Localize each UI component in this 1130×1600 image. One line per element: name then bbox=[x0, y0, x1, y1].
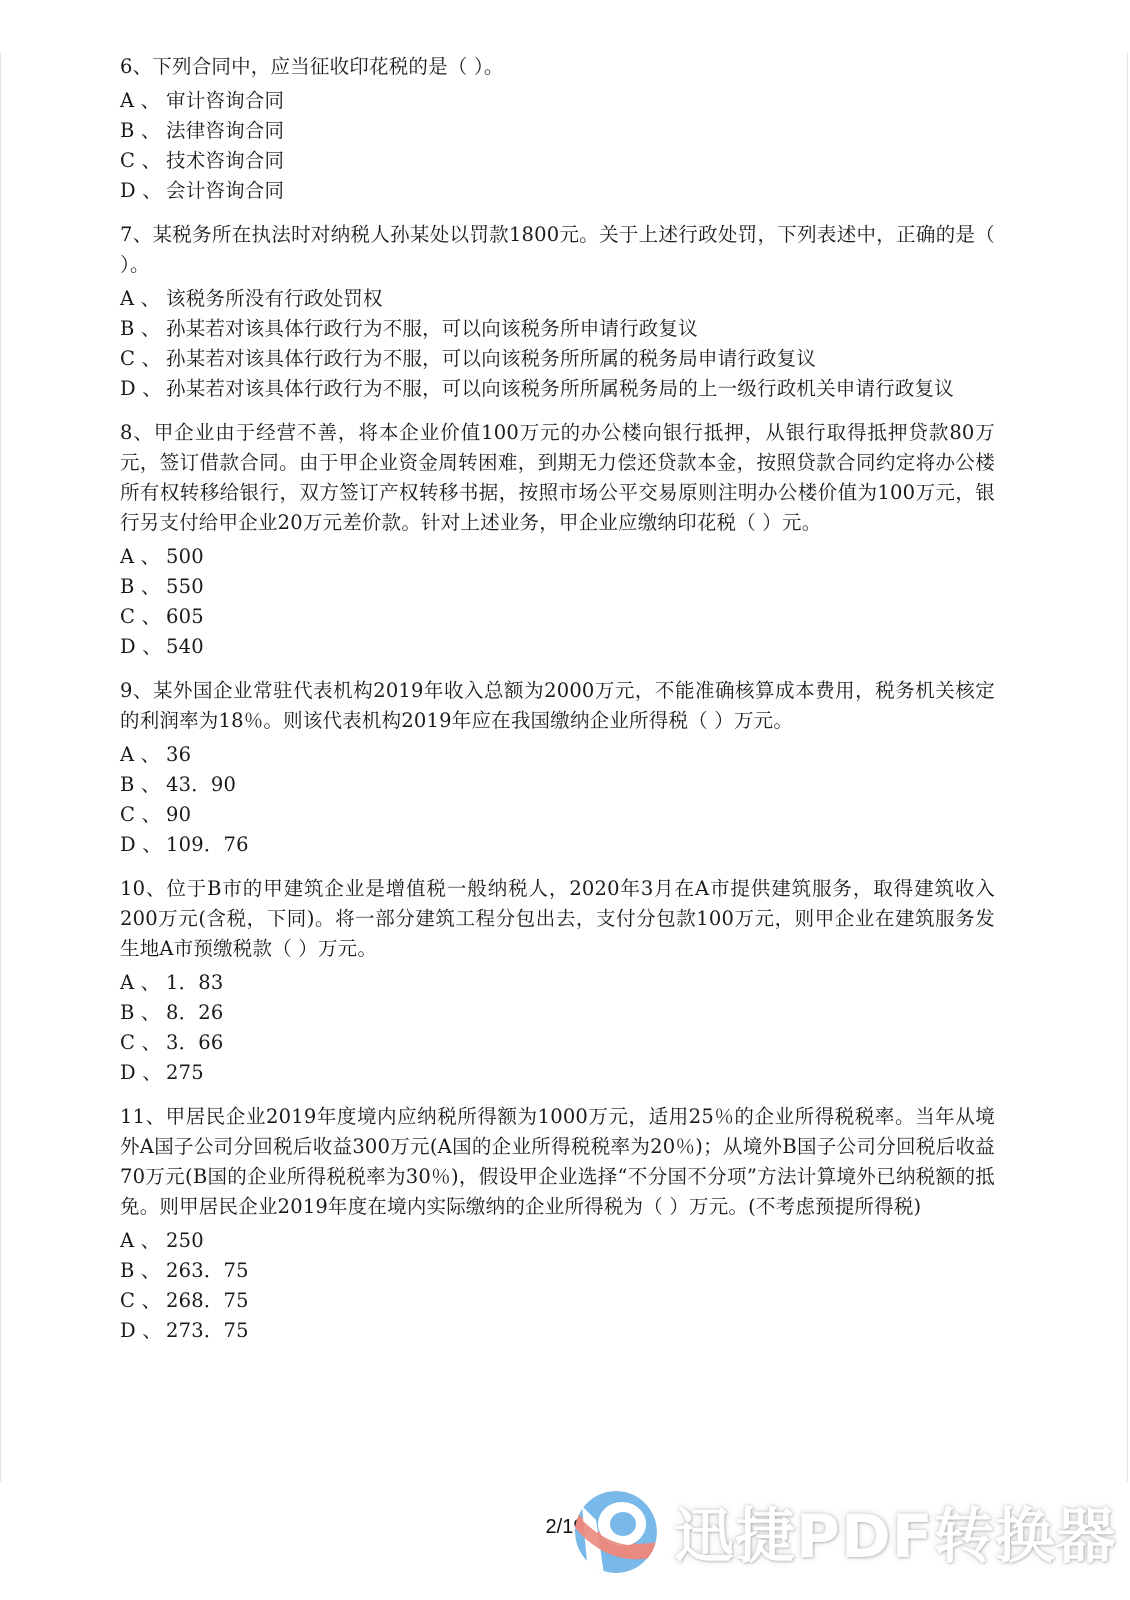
option-c: C 、技术咨询合同 bbox=[120, 146, 995, 176]
option-text: 3．66 bbox=[166, 1028, 995, 1058]
option-letter: D 、 bbox=[120, 632, 166, 662]
option-b: B 、8．26 bbox=[120, 998, 995, 1028]
option-b: B 、43．90 bbox=[120, 770, 995, 800]
option-text: 43．90 bbox=[166, 770, 995, 800]
option-letter: A 、 bbox=[120, 968, 166, 998]
page-edge-left bbox=[0, 52, 1, 1482]
option-text: 法律咨询合同 bbox=[166, 116, 995, 146]
option-letter: B 、 bbox=[120, 1256, 166, 1286]
option-a: A 、审计咨询合同 bbox=[120, 86, 995, 116]
option-text: 268．75 bbox=[166, 1286, 995, 1316]
option-b: B 、法律咨询合同 bbox=[120, 116, 995, 146]
option-text: 孙某若对该具体行政行为不服，可以向该税务所所属税务局的上一级行政机关申请行政复议 bbox=[166, 377, 954, 400]
option-c: C 、605 bbox=[120, 602, 995, 632]
option-letter: B 、 bbox=[120, 770, 166, 800]
option-b: B 、孙某若对该具体行政行为不服，可以向该税务所申请行政复议 bbox=[120, 314, 995, 344]
option-b: B 、263．75 bbox=[120, 1256, 995, 1286]
option-text: 孙某若对该具体行政行为不服，可以向该税务所申请行政复议 bbox=[166, 314, 995, 344]
option-letter: B 、 bbox=[120, 314, 166, 344]
option-d: D 、109．76 bbox=[120, 830, 995, 860]
option-text: 109．76 bbox=[166, 830, 995, 860]
option-text: 1．83 bbox=[166, 968, 995, 998]
document-page: 6、下列合同中，应当征收印花税的是（ ）。 A 、审计咨询合同 B 、法律咨询合… bbox=[120, 52, 995, 1360]
question-7: 7、某税务所在执法时对纳税人孙某处以罚款1800元。关于上述行政处罚，下列表述中… bbox=[120, 220, 995, 404]
option-text: 275 bbox=[166, 1058, 995, 1088]
option-letter: B 、 bbox=[120, 572, 166, 602]
option-text: 540 bbox=[166, 632, 995, 662]
option-a: A 、1．83 bbox=[120, 968, 995, 998]
option-letter: C 、 bbox=[120, 1286, 166, 1316]
question-11: 11、甲居民企业2019年度境内应纳税所得额为1000万元，适用25％的企业所得… bbox=[120, 1102, 995, 1346]
option-text: 273．75 bbox=[166, 1316, 995, 1346]
option-letter: C 、 bbox=[120, 1028, 166, 1058]
option-d: D 、孙某若对该具体行政行为不服，可以向该税务所所属税务局的上一级行政机关申请行… bbox=[120, 374, 995, 404]
watermark: 迅捷PDF转换器 bbox=[574, 1487, 1117, 1577]
question-6: 6、下列合同中，应当征收印花税的是（ ）。 A 、审计咨询合同 B 、法律咨询合… bbox=[120, 52, 995, 206]
option-letter: C 、 bbox=[120, 800, 166, 830]
question-10: 10、位于B市的甲建筑企业是增值税一般纳税人，2020年3月在A市提供建筑服务，… bbox=[120, 874, 995, 1088]
option-a: A 、250 bbox=[120, 1226, 995, 1256]
option-c: C 、90 bbox=[120, 800, 995, 830]
question-8: 8、甲企业由于经营不善，将本企业价值100万元的办公楼向银行抵押，从银行取得抵押… bbox=[120, 418, 995, 662]
option-letter: D 、 bbox=[120, 1316, 166, 1346]
option-letter: D 、 bbox=[120, 830, 166, 860]
option-a: A 、500 bbox=[120, 542, 995, 572]
question-stem: 8、甲企业由于经营不善，将本企业价值100万元的办公楼向银行抵押，从银行取得抵押… bbox=[120, 418, 995, 538]
option-letter: B 、 bbox=[120, 998, 166, 1028]
converter-logo-icon bbox=[574, 1490, 658, 1574]
option-letter: A 、 bbox=[120, 740, 166, 770]
option-d: D 、会计咨询合同 bbox=[120, 176, 995, 206]
question-stem: 11、甲居民企业2019年度境内应纳税所得额为1000万元，适用25％的企业所得… bbox=[120, 1102, 995, 1222]
option-letter: C 、 bbox=[120, 344, 166, 374]
option-text: 该税务所没有行政处罚权 bbox=[166, 284, 995, 314]
watermark-text: 迅捷PDF转换器 bbox=[674, 1489, 1117, 1575]
page-edge-right bbox=[1127, 52, 1128, 1482]
option-letter: A 、 bbox=[120, 284, 166, 314]
option-text: 500 bbox=[166, 542, 995, 572]
option-d: D 、275 bbox=[120, 1058, 995, 1088]
question-stem: 9、某外国企业常驻代表机构2019年收入总额为2000万元，不能准确核算成本费用… bbox=[120, 676, 995, 736]
option-text: 会计咨询合同 bbox=[166, 176, 995, 206]
option-letter: D 、 bbox=[120, 1058, 166, 1088]
option-text: 36 bbox=[166, 740, 995, 770]
option-c: C 、268．75 bbox=[120, 1286, 995, 1316]
question-stem: 10、位于B市的甲建筑企业是增值税一般纳税人，2020年3月在A市提供建筑服务，… bbox=[120, 874, 995, 964]
option-text: 263．75 bbox=[166, 1256, 995, 1286]
option-letter: A 、 bbox=[120, 86, 166, 116]
question-9: 9、某外国企业常驻代表机构2019年收入总额为2000万元，不能准确核算成本费用… bbox=[120, 676, 995, 860]
option-b: B 、550 bbox=[120, 572, 995, 602]
option-letter: A 、 bbox=[120, 542, 166, 572]
option-text: 250 bbox=[166, 1226, 995, 1256]
option-a: A 、该税务所没有行政处罚权 bbox=[120, 284, 995, 314]
option-letter: C 、 bbox=[120, 602, 166, 632]
option-text: 8．26 bbox=[166, 998, 995, 1028]
question-stem: 7、某税务所在执法时对纳税人孙某处以罚款1800元。关于上述行政处罚，下列表述中… bbox=[120, 220, 995, 280]
option-letter: B 、 bbox=[120, 116, 166, 146]
option-text: 90 bbox=[166, 800, 995, 830]
option-text: 605 bbox=[166, 602, 995, 632]
option-d: D 、540 bbox=[120, 632, 995, 662]
option-text: 550 bbox=[166, 572, 995, 602]
option-d: D 、273．75 bbox=[120, 1316, 995, 1346]
option-letter: D 、 bbox=[120, 374, 166, 404]
option-a: A 、36 bbox=[120, 740, 995, 770]
option-text: 孙某若对该具体行政行为不服，可以向该税务所所属的税务局申请行政复议 bbox=[166, 344, 995, 374]
option-text: 审计咨询合同 bbox=[166, 86, 995, 116]
option-c: C 、孙某若对该具体行政行为不服，可以向该税务所所属的税务局申请行政复议 bbox=[120, 344, 995, 374]
option-c: C 、3．66 bbox=[120, 1028, 995, 1058]
option-text: 技术咨询合同 bbox=[166, 146, 995, 176]
option-letter: D 、 bbox=[120, 176, 166, 206]
option-letter: A 、 bbox=[120, 1226, 166, 1256]
option-letter: C 、 bbox=[120, 146, 166, 176]
question-stem: 6、下列合同中，应当征收印花税的是（ ）。 bbox=[120, 52, 995, 82]
